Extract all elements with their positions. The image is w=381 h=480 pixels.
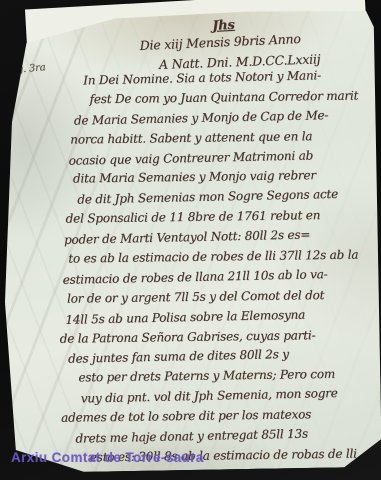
heading-date-line: Die xiij Mensis 9bris Anno	[139, 31, 301, 53]
margin-note: Pag. 3ra	[5, 62, 46, 76]
monogram-jhs: Jhs	[212, 18, 235, 34]
manuscript-page: Jhs Die xiij Mensis 9bris Anno A Natt. D…	[0, 5, 381, 474]
archive-watermark-stamp: Arxiu Comtat de Torre-saura	[11, 450, 204, 465]
photo-background: Jhs Die xiij Mensis 9bris Anno A Natt. D…	[0, 0, 381, 480]
manuscript-body: In Dei Nomine. Sia a tots Notori y Mani-…	[63, 66, 365, 469]
